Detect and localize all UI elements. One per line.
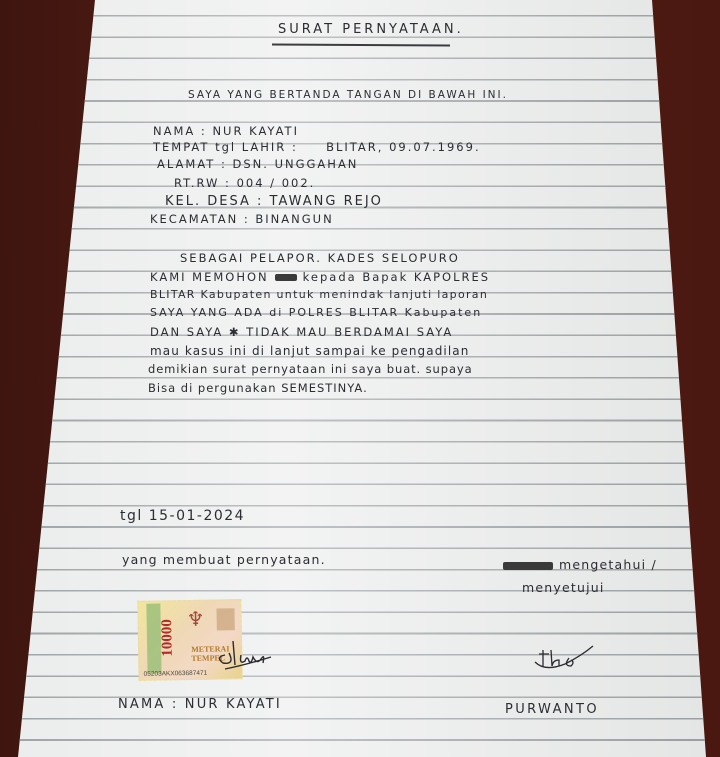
signer-right-caption-line2: menyetujui [522, 580, 605, 595]
field-value: 004 / 002. [237, 176, 316, 190]
body-line: SEBAGAI PELAPOR. KADES SELOPURO [180, 251, 460, 265]
field-nama: NAMA : NUR KAYATI [153, 124, 299, 138]
signer-left-name: NAMA : NUR KAYATI [118, 697, 282, 712]
intro-text: SAYA YANG BERTANDA TANGAN DI BAWAH INI. [188, 89, 508, 101]
document-date: tgl 15-01-2024 [120, 508, 245, 524]
field-tempat-tgl-lahir: TEMPAT tgl LAHIR : BLITAR, 09.07.1969. [153, 140, 481, 154]
field-value: DSN. UNGGAHAN [233, 157, 359, 171]
field-label: ALAMAT [157, 157, 215, 171]
field-label: RT.RW [174, 176, 219, 190]
field-value: BLITAR, 09.07.1969. [326, 140, 481, 154]
signature-left-icon [205, 635, 280, 675]
field-value: BINANGUN [255, 212, 333, 226]
field-label: KEL. DESA [165, 194, 251, 209]
body-line: DAN SAYA ✱ TIDAK MAU BERDAMAI SAYA [150, 325, 453, 339]
body-line: SAYA YANG ADA di POLRES BLITAR Kabupaten [150, 306, 482, 319]
crossed-out-scribble [503, 562, 553, 570]
body-line: KAMI MEMOHONkepada Bapak KAPOLRES [150, 270, 490, 284]
field-rt-rw: RT.RW : 004 / 002. [174, 176, 315, 190]
field-kel-desa: KEL. DESA : TAWANG REJO [165, 194, 383, 209]
field-label: NAMA [153, 124, 195, 138]
field-label: KECAMATAN [150, 212, 238, 226]
signature-right-icon [525, 640, 605, 675]
field-kecamatan: KECAMATAN : BINANGUN [150, 212, 334, 226]
field-value: TAWANG REJO [270, 194, 383, 209]
body-line: demikian surat pernyataan ini saya buat.… [148, 362, 473, 376]
body-line: BLITAR Kabupaten untuk menindak lanjuti … [150, 288, 488, 301]
signer-left-caption: yang membuat pernyataan. [122, 552, 326, 567]
document-title: SURAT PERNYATAAN. [278, 22, 464, 37]
field-label: TEMPAT tgl LAHIR [153, 140, 286, 154]
body-line: Bisa di pergunakan SEMESTINYA. [148, 381, 368, 395]
stamp-corner-pattern [216, 608, 234, 630]
body-line: mau kasus ini di lanjut sampai ke pengad… [150, 344, 469, 358]
stamp-value: 10000 [159, 613, 177, 663]
crossed-out-scribble [275, 274, 297, 281]
field-alamat: ALAMAT : DSN. UNGGAHAN [157, 157, 358, 171]
garuda-emblem-icon: ♆ [186, 607, 204, 631]
stamp-serial: 05203AKX063687471 [144, 670, 208, 678]
signer-right-name: PURWANTO [505, 702, 599, 717]
lined-paper-sheet [0, 0, 720, 757]
signer-right-caption-line1: mengetahui / [503, 557, 657, 572]
field-value: NUR KAYATI [212, 124, 299, 138]
crossed-out-mark: ✱ [229, 325, 241, 339]
